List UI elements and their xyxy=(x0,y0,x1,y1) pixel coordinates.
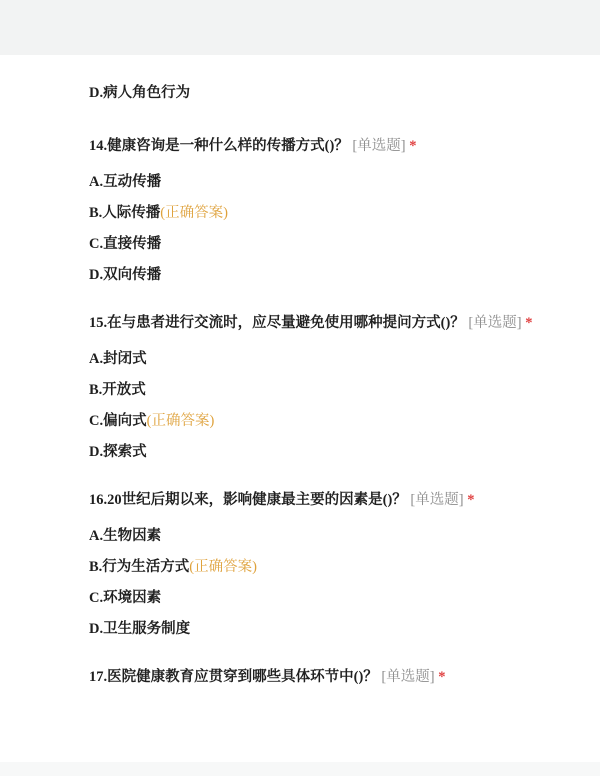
option-label: A. xyxy=(89,528,103,544)
question-16: 16.20世纪后期以来，影响健康最主要的因素是()？ [单选题] * A.生物因… xyxy=(89,490,560,639)
option-text: 卫生服务制度 xyxy=(103,621,190,637)
option-line-c: C.环境因素 xyxy=(89,588,560,608)
question-text: 20世纪后期以来，影响健康最主要的因素是()？ xyxy=(107,492,407,508)
option-text: 互动传播 xyxy=(103,174,161,190)
option-line-a: A.生物因素 xyxy=(89,526,560,546)
option-text: 开放式 xyxy=(102,382,146,398)
question-title: 15.在与患者进行交流时，应尽量避免使用哪种提问方式()？ [单选题] * xyxy=(89,313,560,333)
question-text: 医院健康教育应贯穿到哪些具体环节中()？ xyxy=(107,669,378,685)
question-14: 14.健康咨询是一种什么样的传播方式()？ [单选题] * A.互动传播 B.人… xyxy=(89,136,560,285)
page-top-band xyxy=(0,0,600,55)
option-text: 偏向式 xyxy=(103,413,147,429)
option-line-previous-d: D.病人角色行为 xyxy=(89,83,560,103)
required-asterisk: * xyxy=(467,492,474,508)
question-15: 15.在与患者进行交流时，应尽量避免使用哪种提问方式()？ [单选题] * A.… xyxy=(89,313,560,462)
option-label: B. xyxy=(89,382,102,398)
quiz-page: D.病人角色行为 14.健康咨询是一种什么样的传播方式()？ [单选题] * A… xyxy=(0,55,600,687)
question-title: 17.医院健康教育应贯穿到哪些具体环节中()？ [单选题] * xyxy=(89,667,560,687)
option-label: D. xyxy=(89,444,103,460)
question-number: 17. xyxy=(89,669,107,685)
question-type-tag: [单选题] xyxy=(410,492,463,508)
option-text: 封闭式 xyxy=(103,351,147,367)
option-text: 环境因素 xyxy=(103,590,161,606)
option-label: B. xyxy=(89,559,102,575)
required-asterisk: * xyxy=(409,138,416,154)
question-title: 14.健康咨询是一种什么样的传播方式()？ [单选题] * xyxy=(89,136,560,156)
option-line-b: B.人际传播(正确答案) xyxy=(89,203,560,223)
option-label: C. xyxy=(89,590,103,606)
option-text: 双向传播 xyxy=(103,267,161,283)
required-asterisk: * xyxy=(438,669,445,685)
option-text: 探索式 xyxy=(103,444,147,460)
option-line-c: C.直接传播 xyxy=(89,234,560,254)
question-number: 15. xyxy=(89,315,107,331)
option-line-d: D.双向传播 xyxy=(89,265,560,285)
option-line-b: B.开放式 xyxy=(89,380,560,400)
question-type-tag: [单选题] xyxy=(468,315,521,331)
question-title: 16.20世纪后期以来，影响健康最主要的因素是()？ [单选题] * xyxy=(89,490,560,510)
question-type-tag: [单选题] xyxy=(352,138,405,154)
option-text: 生物因素 xyxy=(103,528,161,544)
option-text: 人际传播 xyxy=(102,205,160,221)
option-label: C. xyxy=(89,413,103,429)
option-text: 行为生活方式 xyxy=(102,559,189,575)
option-text: 病人角色行为 xyxy=(103,85,190,101)
option-label: C. xyxy=(89,236,103,252)
option-label: B. xyxy=(89,205,102,221)
option-label: D. xyxy=(89,621,103,637)
question-number: 16. xyxy=(89,492,107,508)
option-label: D. xyxy=(89,85,103,101)
option-line-d: D.探索式 xyxy=(89,442,560,462)
correct-answer-tag: (正确答案) xyxy=(189,559,257,575)
question-text: 在与患者进行交流时，应尽量避免使用哪种提问方式()？ xyxy=(107,315,465,331)
question-type-tag: [单选题] xyxy=(381,669,434,685)
option-label: D. xyxy=(89,267,103,283)
option-label: A. xyxy=(89,351,103,367)
correct-answer-tag: (正确答案) xyxy=(147,413,215,429)
question-17: 17.医院健康教育应贯穿到哪些具体环节中()？ [单选题] * xyxy=(89,667,560,687)
required-asterisk: * xyxy=(525,315,532,331)
option-line-b: B.行为生活方式(正确答案) xyxy=(89,557,560,577)
option-line-c: C.偏向式(正确答案) xyxy=(89,411,560,431)
option-label: A. xyxy=(89,174,103,190)
option-line-a: A.封闭式 xyxy=(89,349,560,369)
question-number: 14. xyxy=(89,138,107,154)
option-line-a: A.互动传播 xyxy=(89,172,560,192)
correct-answer-tag: (正确答案) xyxy=(160,205,228,221)
question-text: 健康咨询是一种什么样的传播方式()？ xyxy=(107,138,349,154)
page-bottom-band xyxy=(0,762,600,776)
option-line-d: D.卫生服务制度 xyxy=(89,619,560,639)
option-text: 直接传播 xyxy=(103,236,161,252)
